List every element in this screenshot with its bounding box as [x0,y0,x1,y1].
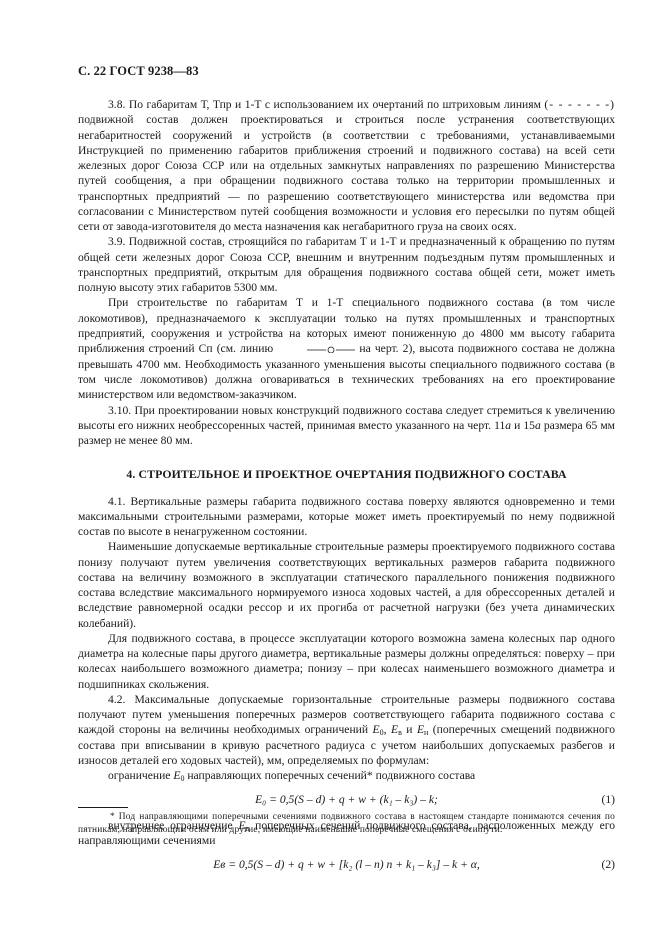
formula-number: (2) [601,857,615,872]
paragraph-3-9: 3.9. Подвижной состав, строящийся по габ… [78,234,615,295]
clause-number: 3.10. [108,404,131,417]
page-header: С. 22 ГОСТ 9238—83 [78,64,199,79]
line-with-circle-icon [307,345,355,353]
formula-expression: Eв = 0,5(S – d) + q + w + [k₂ (l – n) n … [213,857,480,872]
document-body: 3.8. По габаритам Т, Тпр и 1-Т с использ… [78,97,615,882]
solid-circle-line-legend [277,342,355,357]
paragraph-3-10: 3.10. При проектировании новых конструкц… [78,403,615,449]
paragraph-4-2: 4.2. Максимальные допускаемые горизонтал… [78,692,615,768]
formula-2: Eв = 0,5(S – d) + q + w + [k₂ (l – n) n … [78,857,615,872]
formula-expression: E₀ = 0,5(S – d) + q + w + (k₁ – k₃) – k; [255,792,438,807]
paragraph-4-1-min-dimensions: Наименьшие допускаемые вертикальные стро… [78,539,615,631]
paragraph-3-8: 3.8. По габаритам Т, Тпр и 1-Т с использ… [78,97,615,234]
footnote-text: * Под направляющими поперечными сечениям… [78,811,615,837]
dashed-line-legend: (- - - - - - -) [544,98,615,111]
clause-number: 4.1. [108,495,125,508]
formula-number: (1) [601,792,615,807]
paragraph-4-1: 4.1. Вертикальные размеры габарита подви… [78,494,615,540]
formula-1-intro: ограничение E0 направляющих поперечных с… [78,768,615,783]
paragraph-4-1-wheelsets: Для подвижного состава, в процессе экспл… [78,631,615,692]
footnote-divider [78,807,128,808]
formula-1: E₀ = 0,5(S – d) + q + w + (k₁ – k₃) – k;… [78,792,615,807]
clause-number: 3.9. [108,235,125,248]
paragraph-3-9-special: При строительстве по габаритам Т и 1-Т с… [78,295,615,402]
section-4-title: 4. СТРОИТЕЛЬНОЕ И ПРОЕКТНОЕ ОЧЕРТАНИЯ ПО… [78,467,615,482]
clause-number: 4.2. [108,693,125,706]
clause-number: 3.8. [108,98,125,111]
footnote: * Под направляющими поперечными сечениям… [78,811,615,837]
